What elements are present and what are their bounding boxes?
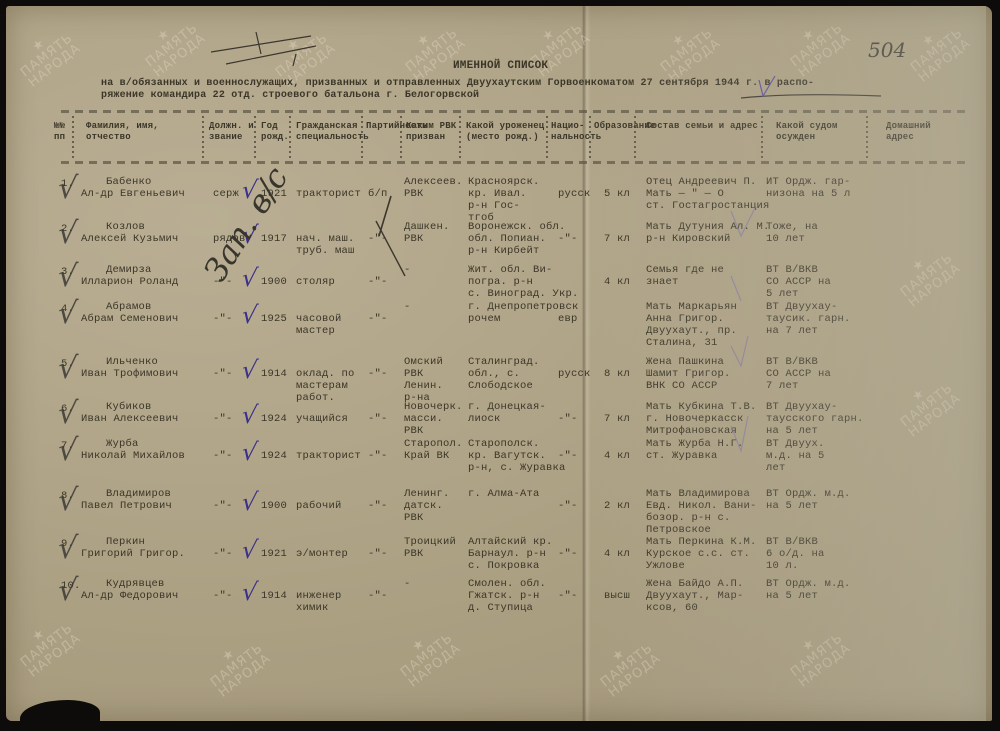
header-bottom-rule [61,161,966,164]
nationality: -"- [558,590,578,602]
education: 4 кл [604,450,630,462]
column-header: Гражданская специальность [296,121,360,143]
birth-year: 1900 [261,500,287,512]
party: -"- [368,590,388,602]
party: -"- [368,548,388,560]
rvk: Троицкий РВК [404,536,462,560]
first-and-patronymic: Илларион Роланд [81,276,179,288]
nationality: -"- [558,233,578,245]
rvk: - [404,264,462,276]
birthplace: Красноярск. кр. Ивал. р-н Гос- тгоб [468,176,540,224]
education: 8 кл [604,368,630,380]
header-top-rule [61,110,966,113]
sentence: ВТ В/ВКВ СО АССР на 7 лет [766,356,831,392]
party: -"- [368,413,388,425]
document-subtitle-line-1: на в/обязанных и военнослужащих, призван… [101,78,814,90]
pencil-scribble-mark [201,24,321,69]
specialty: тракторист [296,450,362,462]
first-and-patronymic: Павел Петрович [81,500,172,512]
pencil-slash-mark [371,191,411,281]
column-header: Домашний адрес [886,121,960,143]
birth-year: 1924 [261,413,287,425]
education: 4 кл [604,548,630,560]
rank: -"- [213,548,233,560]
column-header: Образование [594,121,640,132]
first-and-patronymic: Иван Трофимович [81,368,179,380]
rvk: Омский РВК Ленин. р-на [404,356,462,404]
watermark: ★ ПАМЯТЬ НАРОДА [396,16,469,85]
document-title: Именной список [453,60,548,72]
birth-year: 1914 [261,590,287,602]
birthplace: Смолен. обл. Гжатск. р-н д. Ступица [468,578,546,614]
rank: -"- [213,368,233,380]
education: 7 кл [604,233,630,245]
rvk: Алексеев. РВК [404,176,462,200]
watermark: ★ ПАМЯТЬ НАРОДА [136,11,209,80]
column-header: Партийность [366,121,400,132]
surname: Кудрявцев [106,578,165,590]
birth-year: 1925 [261,313,287,325]
ink-check-icon: √ [240,266,259,290]
first-and-patronymic: Николай Михайлов [81,450,185,462]
column-header: Каким РВК призван [406,121,460,143]
watermark: ★ ПАМЯТЬ НАРОДА [781,11,854,80]
column-header: Нацио-нальность [551,121,588,143]
specialty: оклад. по мастерам работ. [296,368,362,404]
nationality: -"- [558,548,578,560]
nationality: -"- [558,500,578,512]
specialty: рабочий [296,500,362,512]
watermark: ★ ПАМЯТЬ НАРОДА [11,21,84,90]
sentence: ВТ Ордж. м.д. на 5 лет [766,488,851,512]
pencil-check-icon: √ [56,486,78,516]
archival-document-sheet: ★ ПАМЯТЬ НАРОДА ★ ПАМЯТЬ НАРОДА ★ ПАМЯТЬ… [6,6,992,721]
surname: Абрамов [106,301,152,313]
surname: Демирза [106,264,152,276]
pencil-check-icon: √ [56,299,78,329]
column-header: Какой судом осужден [776,121,880,143]
birthplace: г. Алма-Ата [468,488,540,500]
watermark: ★ ПАМЯТЬ НАРОДА [891,371,964,440]
rvk: Дашкен. РВК [404,221,462,245]
education: высш [604,590,630,602]
party: -"- [368,368,388,380]
birth-year: 1914 [261,368,287,380]
watermark: ★ ПАМЯТЬ НАРОДА [201,631,274,700]
education: 7 кл [604,413,630,425]
nationality: русск [558,188,591,200]
pencil-check-icon: √ [56,576,78,606]
date-underline [741,74,891,104]
specialty: э/монтер [296,548,362,560]
specialty: часовой мастер [296,313,362,337]
ink-check-icon: √ [240,403,259,427]
watermark: ★ ПАМЯТЬ НАРОДА [891,241,964,310]
column-header: Состав семьи и адрес [646,121,770,132]
watermark: ★ ПАМЯТЬ НАРОДА [391,621,464,690]
birthplace: Алтайский кр. Барнаул. р-н с. Покровка [468,536,553,572]
pencil-check-icon: √ [56,219,78,249]
watermark: ★ ПАМЯТЬ НАРОДА [781,621,854,690]
column-header: Должн. и звание [209,121,255,143]
specialty: тракторист [296,188,362,200]
pencil-check-icon: √ [56,436,78,466]
watermark: ★ ПАМЯТЬ НАРОДА [651,16,724,85]
party: -"- [368,500,388,512]
sentence: ВТ Двуухау- таусского гарн. на 5 лет [766,401,864,437]
sentence: Тоже, на 10 лет [766,221,818,245]
birthplace: Сталинград. обл., с. Слободское [468,356,540,392]
nationality: евр [558,313,578,325]
sentence: ИТ Ордж. гар- низона на 5 л [766,176,851,200]
specialty: инженер химик [296,590,362,614]
first-and-patronymic: Ал-др Евгеньевич [81,188,185,200]
rank: -"- [213,500,233,512]
rvk: Старопол. Край ВК [404,438,462,462]
watermark: ★ ПАМЯТЬ НАРОДА [591,631,664,700]
rank: -"- [213,450,233,462]
nationality: -"- [558,413,578,425]
ink-check-icon: √ [240,358,259,382]
surname: Перкин [106,536,145,548]
column-header: №№ пп [54,121,80,143]
watermark: ★ ПАМЯТЬ НАРОДА [901,16,974,85]
ink-check-icon: √ [240,303,259,327]
pencil-check-icon: √ [56,534,78,564]
education: 5 кл [604,188,630,200]
sentence: ВТ В/ВКВ 6 о/д. на 10 л. [766,536,825,572]
ink-check-icon: √ [240,580,259,604]
sheet-number: 504 [868,38,906,62]
watermark: ★ ПАМЯТЬ НАРОДА [11,611,84,680]
column-header: Фамилия, имя, отчество [86,121,203,143]
sentence: ВТ Двуух. м.д. на 5 лет [766,438,825,474]
specialty: столяр [296,276,362,288]
rvk: - [404,578,462,590]
party: -"- [368,313,388,325]
family-and-address: Жена Байдо А.П. Двуухаут., Мар- ксов, 60 [646,578,744,614]
specialty: нач. маш. труб. маш [296,233,362,257]
pencil-check-icon: √ [56,399,78,429]
nationality: -"- [558,450,578,462]
rank: -"- [213,590,233,602]
first-and-patronymic: Григорий Григор. [81,548,185,560]
first-and-patronymic: Абрам Семенович [81,313,179,325]
first-and-patronymic: Иван Алексеевич [81,413,179,425]
first-and-patronymic: Ал-др Федорович [81,590,179,602]
pencil-check-icon: √ [56,174,78,204]
sentence: ВТ Ордж. м.д. на 5 лет [766,578,851,602]
rvk: Ленинг. датск. РВК [404,488,462,524]
sentence: ВТ В/ВКВ СО АССР на 5 лет [766,264,831,300]
surname: Журба [106,438,139,450]
birth-year: 1900 [261,276,287,288]
rank: -"- [213,413,233,425]
faint-check-marks [726,206,766,566]
surname: Бабенко [106,176,152,188]
birthplace: Старополск. кр. Вагутск. р-н, с. Журавка [468,438,566,474]
birthplace: Воронежск. обл. обл. Попиан. р-н Кирбейт [468,221,566,257]
rvk: Новочерк. масси. РВК [404,401,462,437]
sentence: ВТ Двуухау- таусик. гарн. на 7 лет [766,301,851,337]
rank: серж [213,188,239,200]
column-header: Какой уроженец (место рожд.) [466,121,545,143]
specialty: учащийся [296,413,362,425]
surname: Кубиков [106,401,152,413]
column-header: Год рожд. [261,121,290,143]
birthplace: г. Донецкая- лиоск [468,401,546,425]
column-divider [546,116,548,160]
pencil-check-icon: √ [56,354,78,384]
birth-year: 1917 [261,233,287,245]
rank: -"- [213,313,233,325]
education: 2 кл [604,500,630,512]
birth-year: 1921 [261,548,287,560]
ink-check-icon: √ [240,538,259,562]
family-and-address: Жена Пашкина Шамит Григор. ВНК СО АССР [646,356,731,392]
nationality: русск [558,368,591,380]
education: 4 кл [604,276,630,288]
surname: Ильченко [106,356,158,368]
document-subtitle-line-2: ряжение командира 22 отд. строевого бата… [101,90,479,102]
surname: Козлов [106,221,145,233]
family-and-address: Семья где не знает [646,264,724,288]
pencil-check-icon: √ [56,262,78,292]
ink-check-icon: √ [240,490,259,514]
ink-check-icon: √ [240,440,259,464]
party: -"- [368,450,388,462]
surname: Владимиров [106,488,171,500]
first-and-patronymic: Алексей Кузьмич [81,233,179,245]
birthplace: Жит. обл. Ви- погра. р-н с. Виноград. Ук… [468,264,579,300]
birth-year: 1924 [261,450,287,462]
rvk: - [404,301,462,313]
family-and-address: Мать Маркарьян Анна Григор. Двуухаут., п… [646,301,737,349]
